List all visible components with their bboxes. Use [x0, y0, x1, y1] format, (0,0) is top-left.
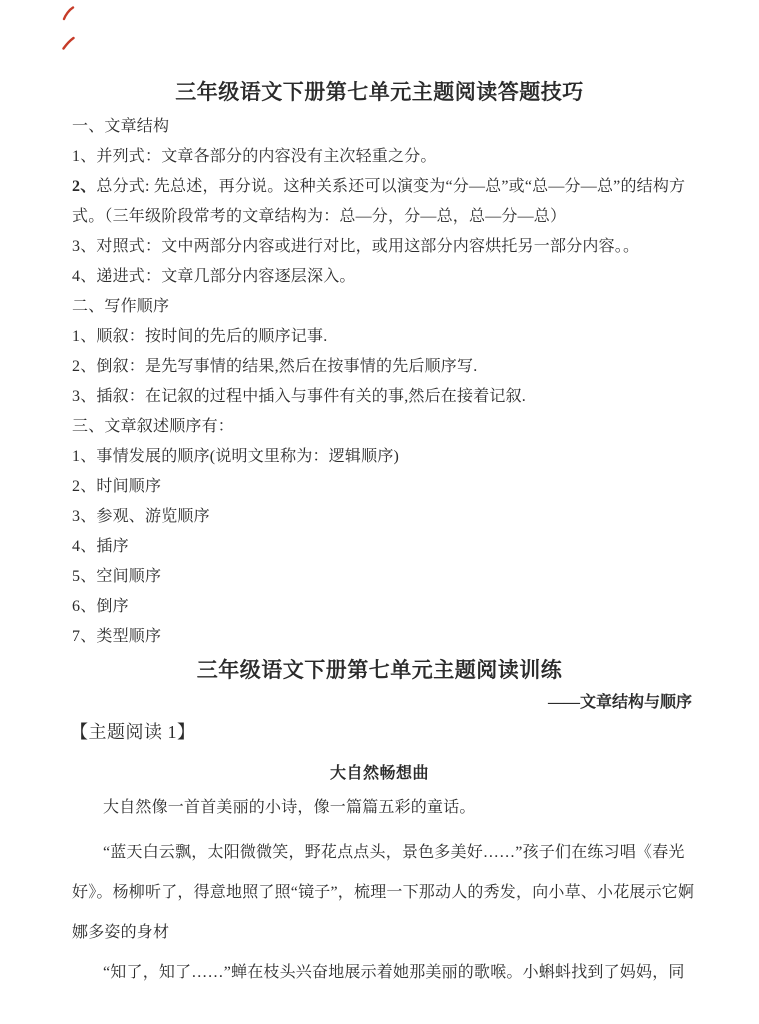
outline-line-number: 2、 [72, 178, 96, 195]
outline-line: 6、倒序 [72, 592, 697, 622]
outline-line: 4、递进式：文章几部分内容逐层深入。 [72, 262, 697, 292]
outline-line: 4、插序 [72, 532, 697, 562]
outline-line-text: 1、并列式：文章各部分的内容没有主次轻重之分。 [72, 148, 437, 165]
training-title: 三年级语文下册第七单元主题阅读训练 [0, 654, 759, 684]
outline-line-text: 总分式: 先总述，再分说。这种关系还可以演变为“分—总”或“总—分—总”的结构方 [96, 178, 685, 195]
outline-line: 3、参观、游览顺序 [72, 502, 697, 532]
outline-line-text: 7、类型顺序 [72, 628, 161, 645]
outline-line-text: 2、时间顺序 [72, 478, 161, 495]
outline-line: 2、总分式: 先总述，再分说。这种关系还可以演变为“分—总”或“总—分—总”的结… [72, 172, 697, 202]
outline-line-text: 三、文章叙述顺序有： [72, 418, 234, 435]
outline-line: 2、倒叙：是先写事情的结果,然后在按事情的先后顺序写. [72, 352, 697, 382]
outline-line-text: 3、对照式：文中两部分内容或进行对比，或用这部分内容烘托另一部分内容。。 [72, 238, 639, 255]
passage-body: 大自然像一首首美丽的小诗，像一篇篇五彩的童话。“蓝天白云飘，太阳微微笑，野花点点… [72, 788, 700, 993]
outline-line-text: 一、文章结构 [72, 118, 169, 135]
passage-title: 大自然畅想曲 [0, 760, 759, 783]
outline-line-text: 4、递进式：文章几部分内容逐层深入。 [72, 268, 356, 285]
training-subtitle: ——文章结构与顺序 [72, 689, 692, 712]
outline-line-text: 6、倒序 [72, 598, 129, 615]
outline-line: 1、并列式：文章各部分的内容没有主次轻重之分。 [72, 142, 697, 172]
reading-section-label: 【主题阅读 1】 [70, 718, 196, 744]
outline-line-text: 1、事情发展的顺序(说明文里称为：逻辑顺序) [72, 448, 399, 465]
outline-line: 3、对照式：文中两部分内容或进行对比，或用这部分内容烘托另一部分内容。。 [72, 232, 697, 262]
outline-line-text: 3、参观、游览顺序 [72, 508, 210, 525]
passage-line: “蓝天白云飘，太阳微微笑，野花点点头，景色多美好……”孩子们在练习唱《春光 [72, 833, 700, 873]
outline-line-text: 4、插序 [72, 538, 129, 555]
outline-line-text: 5、空间顺序 [72, 568, 161, 585]
red-annotation-mark-icon [62, 6, 75, 21]
outline-line: 三、文章叙述顺序有： [72, 412, 697, 442]
outline-line: 2、时间顺序 [72, 472, 697, 502]
outline-line: 5、空间顺序 [72, 562, 697, 592]
document-page: 三年级语文下册第七单元主题阅读答题技巧 一、文章结构1、并列式：文章各部分的内容… [0, 0, 759, 1024]
outline-line: 一、文章结构 [72, 112, 697, 142]
outline-line-text: 3、插叙：在记叙的过程中插入与事件有关的事,然后在接着记叙. [72, 388, 526, 405]
outline-line: 二、写作顺序 [72, 292, 697, 322]
outline-line-text: 1、顺叙：按时间的先后的顺序记事. [72, 328, 327, 345]
outline-line: 7、类型顺序 [72, 622, 697, 652]
outline-line: 1、事情发展的顺序(说明文里称为：逻辑顺序) [72, 442, 697, 472]
outline-line: 3、插叙：在记叙的过程中插入与事件有关的事,然后在接着记叙. [72, 382, 697, 412]
outline-line-text: 二、写作顺序 [72, 298, 169, 315]
techniques-outline: 一、文章结构1、并列式：文章各部分的内容没有主次轻重之分。2、总分式: 先总述，… [72, 112, 697, 652]
passage-line: 大自然像一首首美丽的小诗，像一篇篇五彩的童话。 [72, 788, 700, 828]
outline-line-text: 式。（三年级阶段常考的文章结构为：总—分，分—总，总—分—总） [72, 208, 566, 225]
red-annotation-mark-icon [62, 36, 75, 51]
techniques-title: 三年级语文下册第七单元主题阅读答题技巧 [0, 76, 759, 106]
outline-line: 1、顺叙：按时间的先后的顺序记事. [72, 322, 697, 352]
passage-line: 好》。杨柳听了，得意地照了照“镜子”，梳理一下那动人的秀发，向小草、小花展示它婀 [72, 873, 700, 913]
outline-line-text: 2、倒叙：是先写事情的结果,然后在按事情的先后顺序写. [72, 358, 477, 375]
passage-line: 娜多姿的身材 [72, 913, 700, 953]
outline-line: 式。（三年级阶段常考的文章结构为：总—分，分—总，总—分—总） [72, 202, 697, 232]
passage-line: “知了，知了……”蝉在枝头兴奋地展示着她那美丽的歌喉。小蝌蚪找到了妈妈，同 [72, 953, 700, 993]
